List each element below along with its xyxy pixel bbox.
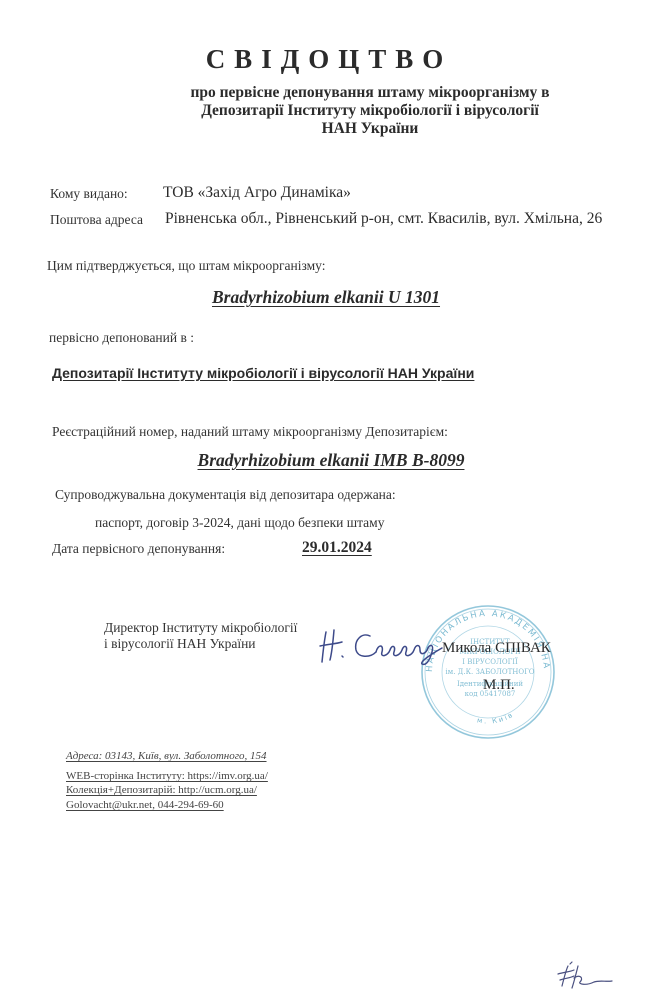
issued-to-label: Кому видано: bbox=[50, 186, 128, 202]
position-line: і вірусології НАН України bbox=[104, 636, 297, 652]
footer-collection-link[interactable]: Колекція+Депозитарій: http://ucm.org.ua/ bbox=[66, 784, 257, 796]
issued-to-value: ТОВ «Захід Агро Динаміка» bbox=[163, 184, 351, 202]
registration-number: Bradyrhizobium elkanii IMB B-8099 bbox=[0, 450, 648, 471]
address-label: Поштова адреса bbox=[50, 212, 143, 228]
certificate-title: СВІДОЦТВО bbox=[0, 44, 648, 75]
footer-contact[interactable]: Golovacht@ukr.net, 044-294-69-60 bbox=[66, 799, 224, 811]
seal-bottom-text: м. Київ bbox=[476, 710, 515, 725]
footer-address: Адреса: 03143, Київ, вул. Заболотного, 1… bbox=[66, 750, 267, 762]
depositary-name: Депозитарії Інституту мікробіології і ві… bbox=[52, 365, 474, 381]
deposited-label: первісно депонований в : bbox=[49, 330, 194, 346]
docs-label: Супроводжувальна документація від депози… bbox=[55, 487, 396, 503]
subtitle-line: НАН України bbox=[160, 120, 580, 138]
director-name: Микола СПІВАК bbox=[442, 640, 551, 657]
date-value: 29.01.2024 bbox=[302, 539, 372, 557]
address-value: Рівненська обл., Рівненський р-он, смт. … bbox=[165, 210, 602, 228]
director-signature bbox=[318, 622, 448, 672]
footer-website-link[interactable]: WEB-сторінка Інституту: https://imv.org.… bbox=[66, 770, 268, 782]
subtitle-line: Депозитарії Інституту мікробіології і ві… bbox=[160, 102, 580, 120]
date-label: Дата первісного депонування: bbox=[52, 541, 225, 557]
seal-line: ім. Д.К. ЗАБОЛОТНОГО bbox=[446, 668, 535, 676]
certificate-subtitle: про первісне депонування штаму мікроорга… bbox=[160, 84, 580, 138]
seal-mark: М.П. bbox=[483, 677, 515, 694]
strain-name: Bradyrhizobium elkanii U 1301 bbox=[0, 287, 648, 308]
docs-value: паспорт, договір 3-2024, дані щодо безпе… bbox=[95, 515, 384, 531]
subtitle-line: про первісне депонування штаму мікроорга… bbox=[160, 84, 580, 102]
confirm-label: Цим підтверджується, що штам мікрооргані… bbox=[47, 258, 326, 274]
registration-label: Реєстраційний номер, наданий штаму мікро… bbox=[52, 424, 448, 440]
svg-text:м. Київ: м. Київ bbox=[476, 710, 515, 725]
initials-signature bbox=[548, 960, 618, 995]
position-line: Директор Інституту мікробіології bbox=[104, 620, 297, 636]
director-position: Директор Інституту мікробіології і вірус… bbox=[104, 620, 297, 652]
seal-line: І ВІРУСОЛОГІЇ bbox=[462, 657, 518, 666]
